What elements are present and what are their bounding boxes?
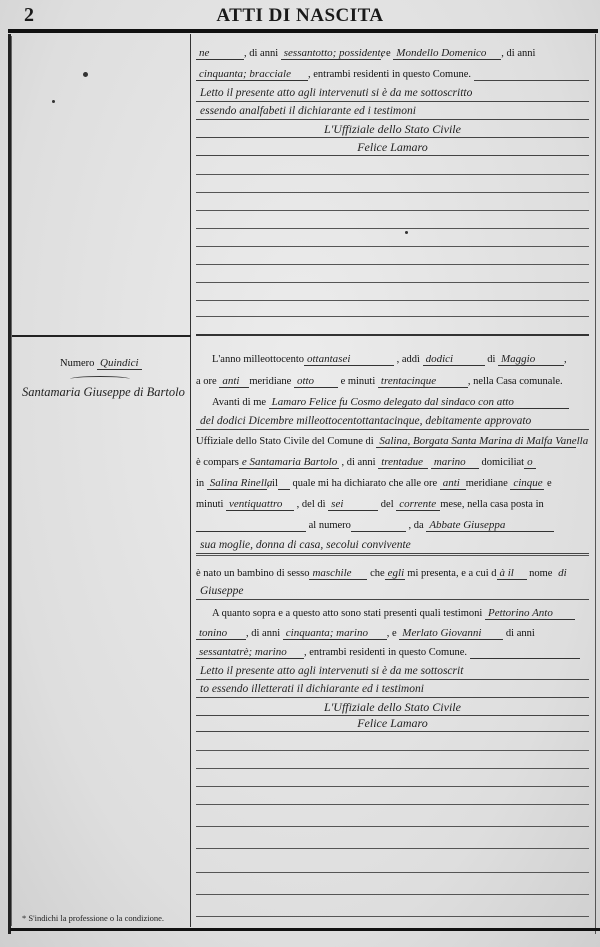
ink-spot bbox=[52, 100, 55, 103]
ruled-line bbox=[196, 848, 589, 849]
handwritten-field: trentadue bbox=[378, 456, 428, 469]
handwritten-field: Salina, Borgata Santa Marina di Malfa Va… bbox=[376, 435, 576, 448]
margin-rule bbox=[11, 36, 12, 926]
ruled-line bbox=[196, 282, 589, 283]
handwritten-field: Pettorino Anto bbox=[485, 607, 575, 620]
signature-title: L'Uffiziale dello Stato Civile bbox=[196, 122, 589, 138]
handwritten-field: cinque bbox=[510, 477, 544, 490]
ruled-line bbox=[196, 804, 589, 805]
handwritten-field: sessantotto; possidente bbox=[281, 47, 381, 60]
handwritten-field: marino bbox=[431, 456, 479, 469]
ruled-line bbox=[196, 786, 589, 787]
printed-text: meridiane bbox=[249, 376, 291, 387]
ink-spot bbox=[83, 72, 88, 77]
handwritten-field: di bbox=[555, 567, 569, 579]
ruled-line bbox=[196, 894, 589, 895]
closing-line: Letto il presente atto agli intervenuti … bbox=[196, 664, 589, 680]
printed-text: , bbox=[564, 354, 567, 365]
printed-text: , da bbox=[409, 520, 424, 531]
printed-text: , di anni bbox=[341, 457, 375, 468]
handwritten-line: sua moglie, donna di casa, secolui convi… bbox=[196, 538, 589, 554]
printed-text: , entrambi residenti in questo Comune. bbox=[304, 647, 467, 658]
record-line-1: L'anno milleottocentoottantasei , addì d… bbox=[196, 352, 589, 368]
register-page: 2 ATTI DI NASCITA ne, di anni sessantott… bbox=[0, 0, 600, 947]
handwritten-field: corrente bbox=[396, 498, 440, 511]
handwritten-field: otto bbox=[294, 375, 338, 388]
record-line-2: a ore antimeridiane otto e minuti trenta… bbox=[196, 374, 589, 390]
printed-text: quale mi ha dichiarato che alle ore bbox=[293, 478, 438, 489]
handwritten-field bbox=[278, 477, 290, 490]
printed-text: , del dì bbox=[297, 499, 326, 510]
column-divider bbox=[190, 34, 191, 927]
printed-text: meridiane bbox=[466, 478, 508, 489]
handwritten-field: Mondello Domenico bbox=[393, 47, 501, 60]
handwritten-field: à il bbox=[497, 567, 527, 580]
handwritten-field: anti bbox=[440, 477, 466, 490]
ruled-line bbox=[196, 316, 589, 317]
handwritten-field: sei bbox=[328, 498, 378, 511]
handwritten-field: maschile bbox=[309, 567, 367, 580]
blank-field bbox=[196, 519, 306, 532]
printed-text: a ore bbox=[196, 376, 217, 387]
handwritten-field: tonino bbox=[196, 627, 246, 640]
printed-text: nome bbox=[529, 568, 552, 579]
prev-line-1: ne, di anni sessantotto; possidente, e M… bbox=[196, 46, 589, 62]
handwritten-field: Salina Rinella bbox=[207, 477, 267, 490]
printed-text: è compars bbox=[196, 457, 239, 468]
printed-text: , di anni bbox=[246, 628, 280, 639]
ruled-line bbox=[196, 210, 589, 211]
prev-line-2: cinquanta; bracciale, entrambi residenti… bbox=[196, 67, 589, 83]
printed-text: A quanto sopra e a questo atto sono stat… bbox=[212, 608, 482, 619]
bottom-rule bbox=[10, 928, 600, 931]
blank-field bbox=[470, 646, 580, 659]
subject-name: Santamaria Giuseppe di Bartolo bbox=[22, 382, 187, 402]
printed-text: , e bbox=[381, 48, 391, 59]
handwritten-field: o bbox=[524, 456, 536, 469]
printed-text: Uffiziale dello Stato Civile del Comune … bbox=[196, 436, 374, 447]
printed-text: Avanti di me bbox=[212, 397, 266, 408]
printed-text: , e bbox=[387, 628, 397, 639]
closing-line: to essendo illetterati il dichiarante ed… bbox=[196, 682, 589, 698]
handwritten-field: Maggio bbox=[498, 353, 564, 366]
signature-title: L'Uffiziale dello Stato Civile bbox=[196, 700, 589, 716]
printed-text: e bbox=[547, 478, 552, 489]
ruled-line bbox=[196, 264, 589, 265]
printed-text: , di anni bbox=[501, 48, 535, 59]
handwritten-field: anti bbox=[219, 375, 249, 388]
record-line-15: sessantatrè; marino, entrambi residenti … bbox=[196, 645, 589, 661]
printed-text: al numero bbox=[309, 520, 351, 531]
handwritten-field: egli bbox=[385, 567, 405, 580]
printed-text: mi presenta, e a cui d bbox=[407, 568, 496, 579]
ruled-line bbox=[196, 872, 589, 873]
handwritten-field: dodici bbox=[423, 353, 485, 366]
ruled-line bbox=[196, 228, 589, 229]
handwritten-field: ottantasei bbox=[304, 353, 394, 366]
handwritten-field: Lamaro Felice fu Cosmo delegato dal sind… bbox=[269, 396, 569, 409]
ruled-line bbox=[196, 300, 589, 301]
record-divider bbox=[12, 335, 191, 337]
page-title: ATTI DI NASCITA bbox=[0, 5, 600, 27]
ruled-line bbox=[196, 916, 589, 917]
numero-value: Quindici bbox=[97, 357, 142, 370]
header-rule bbox=[8, 29, 598, 33]
printed-text: in bbox=[196, 478, 204, 489]
printed-text: , il bbox=[267, 478, 278, 489]
handwritten-field: sessantatrè; marino bbox=[196, 646, 304, 659]
handwritten-field: ne bbox=[196, 47, 244, 60]
closing-line: Letto il presente atto agli intervenuti … bbox=[196, 86, 589, 102]
handwritten-field: trentacinque bbox=[378, 375, 468, 388]
handwritten-field: cinquanta; bracciale bbox=[196, 68, 308, 81]
record-line-7: in Salina Rinella, il quale mi ha dichia… bbox=[196, 476, 589, 492]
ruled-line bbox=[196, 555, 589, 556]
record-line-3: Avanti di me Lamaro Felice fu Cosmo dele… bbox=[196, 395, 589, 411]
handwritten-field: Abbate Giuseppa bbox=[426, 519, 554, 532]
printed-text: , addì bbox=[397, 354, 420, 365]
signature-name: Felice Lamaro bbox=[196, 140, 589, 156]
numero-label: Numero bbox=[60, 358, 94, 369]
ruled-line bbox=[196, 750, 589, 751]
record-line-11: è nato un bambino di sessomaschile cheeg… bbox=[196, 566, 589, 582]
ruled-line bbox=[196, 192, 589, 193]
footnote: * S'indichi la professione o la condizio… bbox=[22, 913, 164, 923]
record-line-8: minuti ventiquattro , del dì sei del cor… bbox=[196, 497, 589, 513]
printed-text: di anni bbox=[506, 628, 535, 639]
child-name: Giuseppe bbox=[196, 584, 589, 600]
printed-text: mese, nella casa posta in bbox=[440, 499, 544, 510]
record-line-5: Uffiziale dello Stato Civile del Comune … bbox=[196, 434, 589, 450]
handwritten-field: cinquanta; marino bbox=[283, 627, 387, 640]
signature-name: Felice Lamaro bbox=[196, 716, 589, 732]
ruled-line bbox=[196, 826, 589, 827]
printed-text: , nella Casa comunale. bbox=[468, 376, 563, 387]
ruled-line bbox=[196, 334, 589, 336]
printed-text: domiciliat bbox=[481, 457, 524, 468]
ruled-line bbox=[196, 768, 589, 769]
record-line-14: tonino, di anni cinquanta; marino, e Mer… bbox=[196, 626, 589, 642]
record-line-6: è comparse Santamaria Bartolo , di anni … bbox=[196, 455, 589, 471]
closing-line: essendo analfabeti il dichiarante ed i t… bbox=[196, 104, 589, 120]
record-line-9: al numero , da Abbate Giuseppa bbox=[196, 518, 589, 534]
record-line-13: A quanto sopra e a questo atto sono stat… bbox=[196, 606, 589, 622]
printed-text: , di anni bbox=[244, 48, 278, 59]
blank-field bbox=[474, 68, 589, 81]
record-number: Numero Quindici bbox=[60, 357, 142, 370]
handwritten-field: Merlato Giovanni bbox=[399, 627, 503, 640]
printed-text: che bbox=[370, 568, 385, 579]
handwritten-field: e Santamaria Bartolo bbox=[239, 456, 339, 469]
blank-field bbox=[351, 519, 406, 532]
printed-text: è nato un bambino di sesso bbox=[196, 568, 309, 579]
printed-text: del bbox=[381, 499, 394, 510]
handwritten-field: ventiquattro bbox=[226, 498, 294, 511]
printed-text: minuti bbox=[196, 499, 223, 510]
handwritten-line: del dodici Dicembre milleottocentottanta… bbox=[196, 414, 589, 430]
printed-text: di bbox=[487, 354, 495, 365]
ruled-line bbox=[196, 246, 589, 247]
ruled-line bbox=[196, 174, 589, 175]
printed-text: e minuti bbox=[341, 376, 376, 387]
ink-spot bbox=[405, 231, 408, 234]
printed-text: , entrambi residenti in questo Comune. bbox=[308, 69, 471, 80]
printed-text: L'anno milleottocento bbox=[212, 354, 304, 365]
